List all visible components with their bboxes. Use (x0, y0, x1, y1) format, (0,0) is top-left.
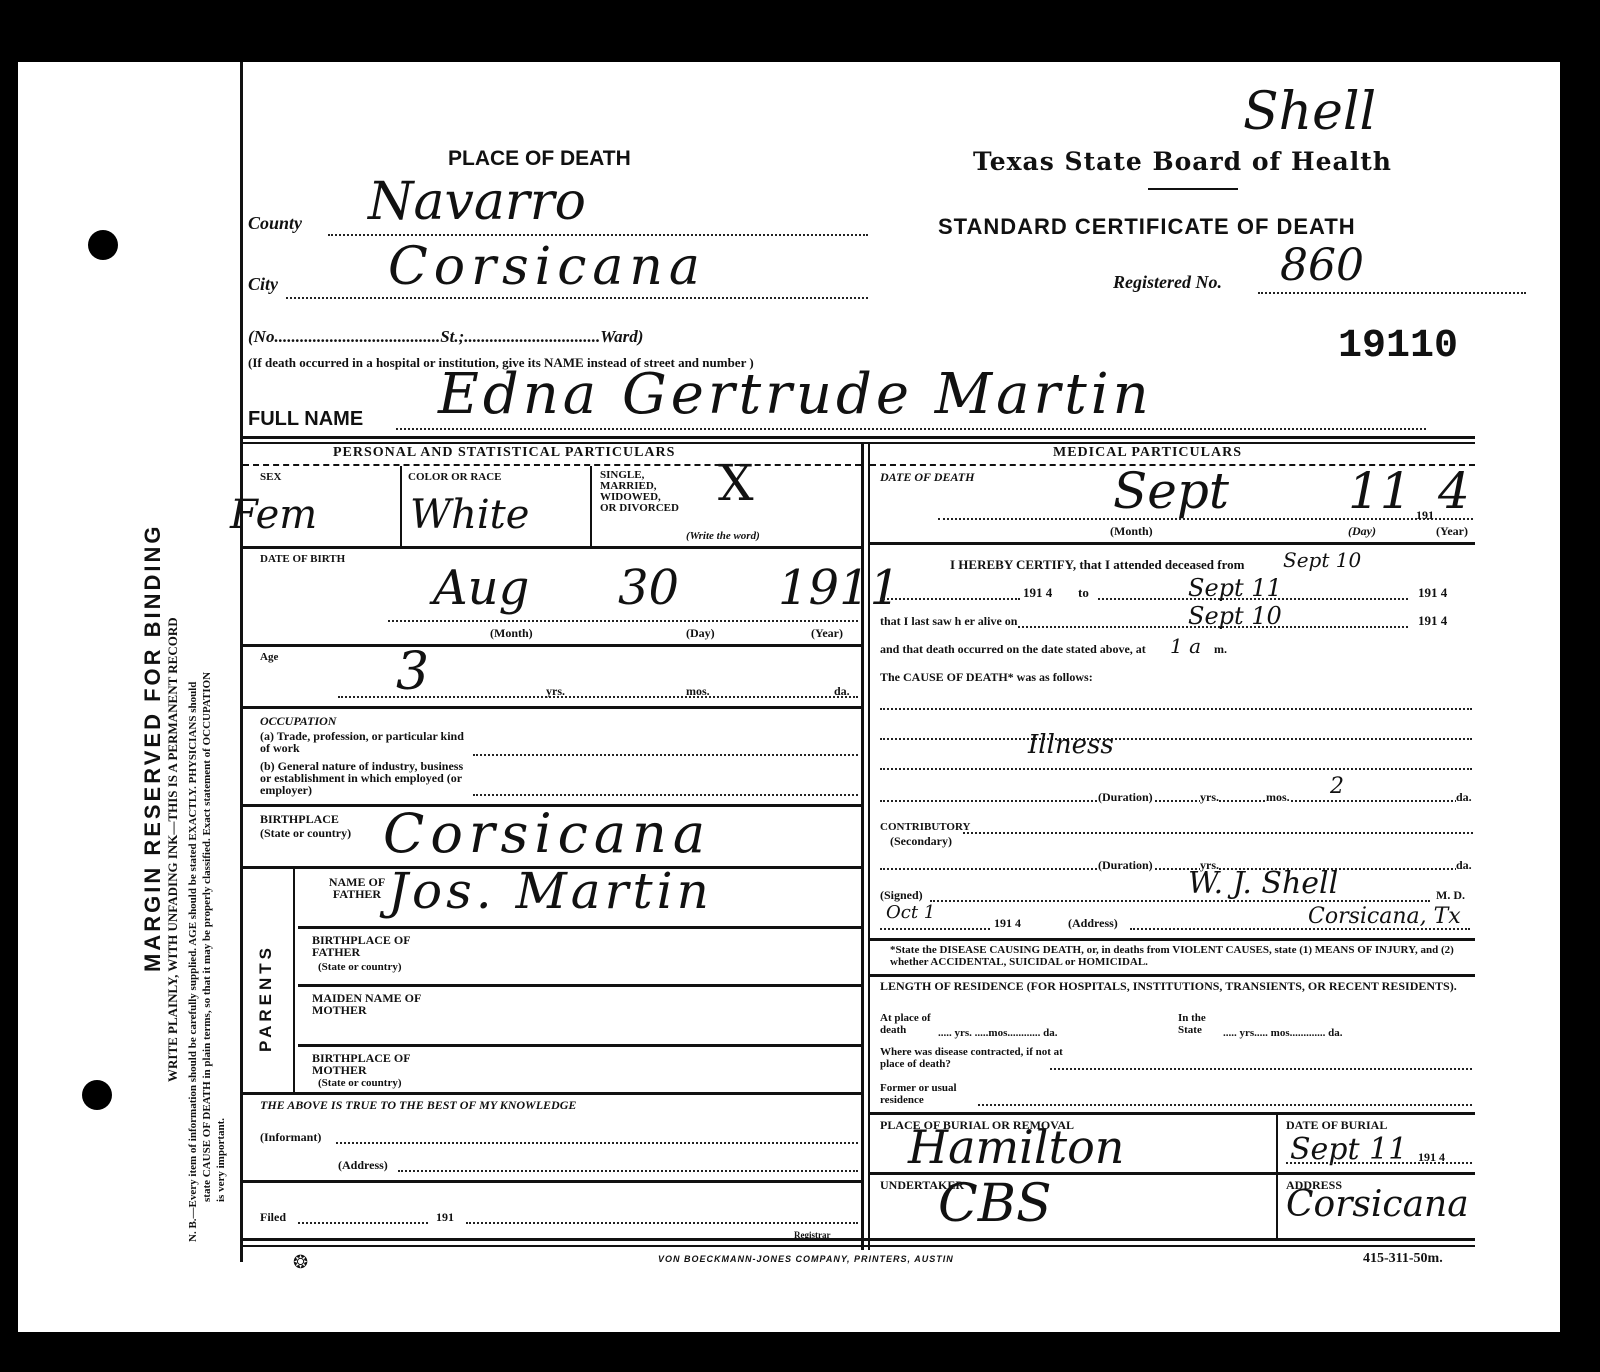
contributory-field[interactable] (963, 832, 1473, 834)
birthplace-label: BIRTHPLACE (260, 812, 339, 826)
contributory-label: CONTRIBUTORY (880, 820, 970, 834)
punch-hole (88, 230, 118, 260)
registrar-label: Registrar (794, 1228, 830, 1242)
signed-year: 191 4 (994, 916, 1021, 930)
stamp-number: 19110 (1338, 324, 1458, 369)
father-birthplace-label: BIRTHPLACE OF FATHER (312, 934, 422, 958)
time-suffix: m. (1214, 642, 1227, 656)
last-saw-date: Sept 10 (1188, 602, 1282, 630)
cell-divider (590, 466, 592, 546)
mother-maiden-label: MAIDEN NAME OF MOTHER (312, 992, 422, 1016)
rule (243, 644, 861, 647)
full-name-label: FULL NAME (248, 408, 363, 431)
race-label: COLOR OR RACE (408, 470, 502, 484)
full-name-value: Edna Gertrude Martin (438, 362, 1153, 427)
age-mos: mos. (686, 684, 710, 698)
rule (298, 984, 861, 987)
rule (298, 926, 861, 929)
county-value: Navarro (368, 172, 586, 232)
dob-label: DATE OF BIRTH (260, 552, 345, 566)
dob-month: Aug (433, 560, 529, 616)
informant-field[interactable] (336, 1142, 858, 1144)
printer-credit: VON BOECKMANN-JONES COMPANY, PRINTERS, A… (658, 1254, 954, 1264)
month-caption: (Month) (1110, 524, 1153, 538)
occupation-b-label: (b) General nature of industry, business… (260, 760, 470, 796)
city-value: Corsicana (388, 237, 706, 297)
marital-label: SINGLE, MARRIED, WIDOWED, OR DIVORCED (600, 470, 679, 514)
rule (243, 436, 1475, 439)
divider (1148, 188, 1238, 190)
duration-line[interactable] (880, 868, 1472, 870)
last-saw-year: 191 4 (1418, 614, 1447, 628)
birthplace-hint: (State or country) (260, 826, 351, 840)
dotted-rule (388, 620, 858, 622)
attended-to: Sept 11 (1188, 574, 1282, 602)
sex-label: SEX (260, 470, 281, 484)
duration-mos: mos. (1266, 790, 1290, 804)
physician-signature: W. J. Shell (1188, 866, 1338, 901)
informant-address-label: (Address) (338, 1158, 388, 1172)
certificate-title: STANDARD CERTIFICATE OF DEATH (938, 214, 1356, 240)
burial-date-label: DATE OF BURIAL (1286, 1118, 1387, 1132)
rule (243, 442, 1475, 444)
duration-line[interactable] (880, 800, 1472, 802)
time-text: and that death occurred on the date stat… (880, 642, 1146, 656)
at-place-label: At place of death (880, 1012, 940, 1036)
county-label: County (248, 216, 302, 230)
in-state-label: In the State (1178, 1012, 1226, 1036)
filed-year: 191 (436, 1210, 454, 1224)
dotted-rule (880, 598, 1020, 600)
street-ward-line: (No.....................................… (248, 330, 643, 344)
dod-year-prefix: 191 (1416, 508, 1434, 522)
filed-date-field[interactable] (298, 1222, 428, 1224)
cause-footnote: *State the DISEASE CAUSING DEATH, or, in… (890, 944, 1470, 968)
informant-label: (Informant) (260, 1130, 321, 1144)
duration-da: da. (1456, 858, 1472, 872)
certificate-page: MARGIN RESERVED FOR BINDING WRITE PLAINL… (18, 62, 1560, 1332)
duration-yrs: yrs. (1200, 790, 1219, 804)
dotted-rule (880, 928, 990, 930)
rule (243, 706, 861, 709)
rule (870, 938, 1475, 941)
rule (870, 1112, 1475, 1115)
at-place-units: ..... yrs. .....mos............ da. (938, 1026, 1057, 1040)
last-saw-text: that I last saw h er alive on (880, 614, 1017, 628)
former-residence-field[interactable] (978, 1104, 1472, 1106)
personal-heading: PERSONAL AND STATISTICAL PARTICULARS (333, 446, 675, 460)
union-label-icon: ❂ (293, 1252, 308, 1273)
dotted-rule (1286, 1162, 1472, 1164)
margin-instruction: N. B.—Every item of information should b… (186, 682, 200, 1242)
rule (243, 1092, 861, 1095)
place-of-death-heading: PLACE OF DEATH (448, 147, 631, 171)
board-name: Texas State Board of Health (973, 147, 1392, 176)
cell-divider (1276, 1114, 1278, 1240)
contracted-label: Where was disease contracted, if not at … (880, 1046, 1070, 1070)
signed-label: (Signed) (880, 888, 923, 902)
cause-value: Illness (1028, 730, 1114, 760)
rule (298, 1044, 861, 1047)
medical-heading: MEDICAL PARTICULARS (1053, 446, 1242, 460)
duration-label: (Duration) (1098, 858, 1153, 872)
day-caption: (Day) (686, 626, 715, 640)
in-state-units: ..... yrs..... mos............. da. (1223, 1026, 1342, 1040)
marital-hint: (Write the word) (686, 529, 760, 543)
cause-line[interactable] (880, 708, 1472, 710)
duration-mos-value: 2 (1330, 774, 1344, 799)
occupation-a-field[interactable] (473, 754, 858, 756)
occupation-label: OCCUPATION (260, 714, 336, 728)
dotted-rule (338, 696, 858, 698)
race-value: White (410, 492, 529, 538)
punch-hole (82, 1080, 112, 1110)
attended-to-year: 191 4 (1418, 586, 1447, 600)
dotted-rule (1258, 292, 1526, 294)
registrar-field[interactable] (466, 1222, 858, 1224)
cause-label: The CAUSE OF DEATH* was as follows: (880, 670, 1093, 684)
margin-instruction: state CAUSE OF DEATH in plain terms, so … (200, 672, 214, 1202)
dob-year: 1911 (778, 560, 900, 616)
informant-address-field[interactable] (398, 1170, 858, 1172)
rule (243, 546, 861, 549)
mother-birthplace-label: BIRTHPLACE OF MOTHER (312, 1052, 422, 1076)
margin-instruction: WRITE PLAINLY, WITH UNFADING INK—THIS IS… (166, 617, 180, 1082)
dod-year: 4 (1438, 462, 1470, 520)
rule (243, 1180, 861, 1183)
margin-instruction: is very important. (214, 1118, 228, 1202)
annotation-shell: Shell (1243, 82, 1376, 142)
undertaker-value: CBS (938, 1174, 1052, 1234)
attended-from: Sept 10 (1283, 548, 1361, 572)
age-value: 3 (396, 642, 429, 702)
dod-label: DATE OF DEATH (880, 470, 974, 484)
certify-text: I HEREBY CERTIFY, that I attended deceas… (950, 558, 1244, 572)
year-caption: (Year) (1436, 524, 1468, 538)
day-caption: (Day) (1348, 524, 1376, 538)
age-yrs: yrs. (546, 684, 565, 698)
form-code: 415-311-50m. (1363, 1252, 1443, 1266)
dod-month: Sept (1113, 462, 1229, 520)
physician-address-label: (Address) (1068, 916, 1118, 930)
contracted-field[interactable] (1050, 1068, 1472, 1070)
margin-rule (240, 62, 243, 1262)
mother-birthplace-hint: (State or country) (318, 1076, 402, 1090)
city-label: City (248, 277, 278, 291)
parents-label: PARENTS (256, 944, 276, 1052)
month-caption: (Month) (490, 626, 533, 640)
dotted-rule (286, 297, 868, 299)
dod-day: 11 (1348, 462, 1412, 520)
father-name-value: Jos. Martin (388, 862, 713, 920)
to-label: to (1078, 586, 1089, 600)
cause-line[interactable] (880, 738, 1472, 740)
father-birthplace-hint: (State or country) (318, 960, 402, 974)
physician-address-value: Corsicana, Tx (1308, 904, 1461, 929)
occupation-a-label: (a) Trade, profession, or particular kin… (260, 730, 470, 754)
filed-label: Filed (260, 1210, 286, 1224)
rule (870, 974, 1475, 977)
dotted-rule (396, 428, 1426, 430)
marital-option: OR DIVORCED (600, 503, 679, 514)
cell-divider (293, 868, 295, 1092)
signed-date: Oct 1 (886, 902, 935, 923)
md-label: M. D. (1436, 888, 1465, 902)
registered-label: Registered No. (1113, 275, 1222, 289)
rule (243, 464, 861, 466)
binding-title: MARGIN RESERVED FOR BINDING (140, 523, 166, 972)
informant-statement: THE ABOVE IS TRUE TO THE BEST OF MY KNOW… (260, 1098, 576, 1112)
burial-place-value: Hamilton (908, 1120, 1124, 1174)
duration-da: da. (1456, 790, 1472, 804)
age-label: Age (260, 650, 278, 664)
cause-line[interactable] (880, 768, 1472, 770)
contributory-hint: (Secondary) (890, 834, 952, 848)
former-residence-label: Former or usual residence (880, 1082, 970, 1106)
dob-day: 30 (618, 560, 679, 616)
sex-value: Fem (230, 492, 317, 538)
time-value: 1 a (1170, 634, 1201, 658)
marital-value: X (718, 454, 754, 512)
age-da: da. (834, 684, 850, 698)
registered-number: 860 (1280, 240, 1364, 291)
birthplace-value: Corsicana (383, 802, 711, 865)
duration-label: (Duration) (1098, 790, 1153, 804)
attended-from-year: 191 4 (1023, 586, 1052, 600)
rule (870, 542, 1475, 545)
undertaker-address-value: Corsicana (1286, 1184, 1469, 1225)
rule (243, 1245, 1475, 1247)
dotted-rule (328, 234, 868, 236)
cell-divider (400, 466, 402, 546)
rule (243, 1238, 1475, 1241)
signature-field[interactable] (930, 900, 1430, 902)
year-caption: (Year) (811, 626, 843, 640)
residence-label: LENGTH OF RESIDENCE (FOR HOSPITALS, INST… (880, 980, 1470, 993)
occupation-b-field[interactable] (473, 794, 858, 796)
